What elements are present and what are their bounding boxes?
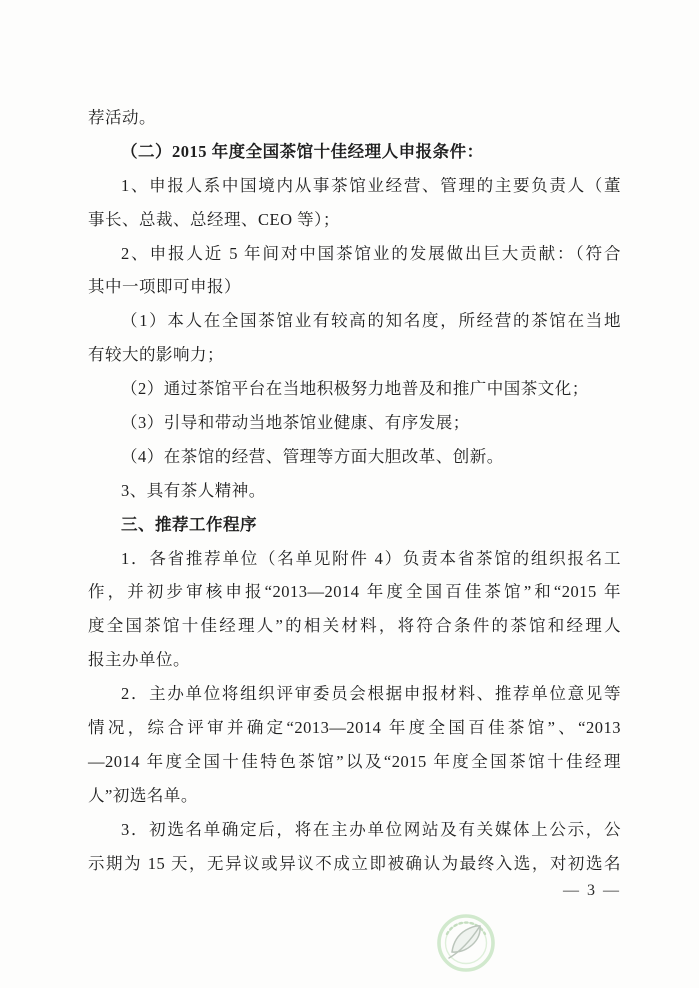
text-line: 其中一项即可申报） (88, 270, 621, 304)
text-line: 情况，综合评审并确定“2013—2014 年度全国百佳茶馆”、“2013 (88, 711, 621, 745)
text-line: 1、申报人系中国境内从事茶馆业经营、管理的主要负责人（董 (88, 169, 621, 203)
text-line: 有较大的影响力； (88, 338, 621, 372)
text-line: 人”初选名单。 (88, 779, 621, 813)
text-line: 示期为 15 天，无异议或异议不成立即被确认为最终入选，对初选名 (88, 847, 621, 881)
text-line: （2）通过茶馆平台在当地积极努力地普及和推广中国茶文化； (88, 372, 621, 406)
page-number: — 3 — (88, 882, 621, 900)
text-line: 事长、总裁、总经理、CEO 等）； (88, 203, 621, 237)
text-line: —2014 年度全国十佳特色茶馆”以及“2015 年度全国茶馆十佳经理 (88, 745, 621, 779)
text-line: 报主办单位。 (88, 643, 621, 677)
text-line: 荐活动。 (88, 101, 621, 135)
document-page: 荐活动。 （二）2015 年度全国茶馆十佳经理人申报条件： 1、申报人系中国境内… (0, 0, 699, 988)
section-heading: （二）2015 年度全国茶馆十佳经理人申报条件： (88, 135, 621, 169)
section-heading: 三、推荐工作程序 (88, 508, 621, 542)
text-line: 作，并初步审核申报“2013—2014 年度全国百佳茶馆”和“2015 年 (88, 575, 621, 609)
text-line: 1．各省推荐单位（名单见附件 4）负责本省茶馆的组织报名工 (88, 542, 621, 576)
text-line: （1）本人在全国茶馆业有较高的知名度，所经营的茶馆在当地 (88, 304, 621, 338)
text-line: 3．初选名单确定后，将在主办单位网站及有关媒体上公示，公 (88, 813, 621, 847)
text-line: 3、具有茶人精神。 (88, 474, 621, 508)
text-line: 度全国茶馆十佳经理人”的相关材料，将符合条件的茶馆和经理人 (88, 609, 621, 643)
document-body: 荐活动。 （二）2015 年度全国茶馆十佳经理人申报条件： 1、申报人系中国境内… (88, 101, 621, 880)
seal-watermark (435, 912, 497, 974)
text-line: （4）在茶馆的经营、管理等方面大胆改革、创新。 (88, 440, 621, 474)
text-line: （3）引导和带动当地茶馆业健康、有序发展； (88, 406, 621, 440)
text-line: 2、申报人近 5 年间对中国茶馆业的发展做出巨大贡献：（符合 (88, 237, 621, 271)
leaf-icon (449, 926, 480, 958)
text-line: 2．主办单位将组织评审委员会根据申报材料、推荐单位意见等 (88, 677, 621, 711)
